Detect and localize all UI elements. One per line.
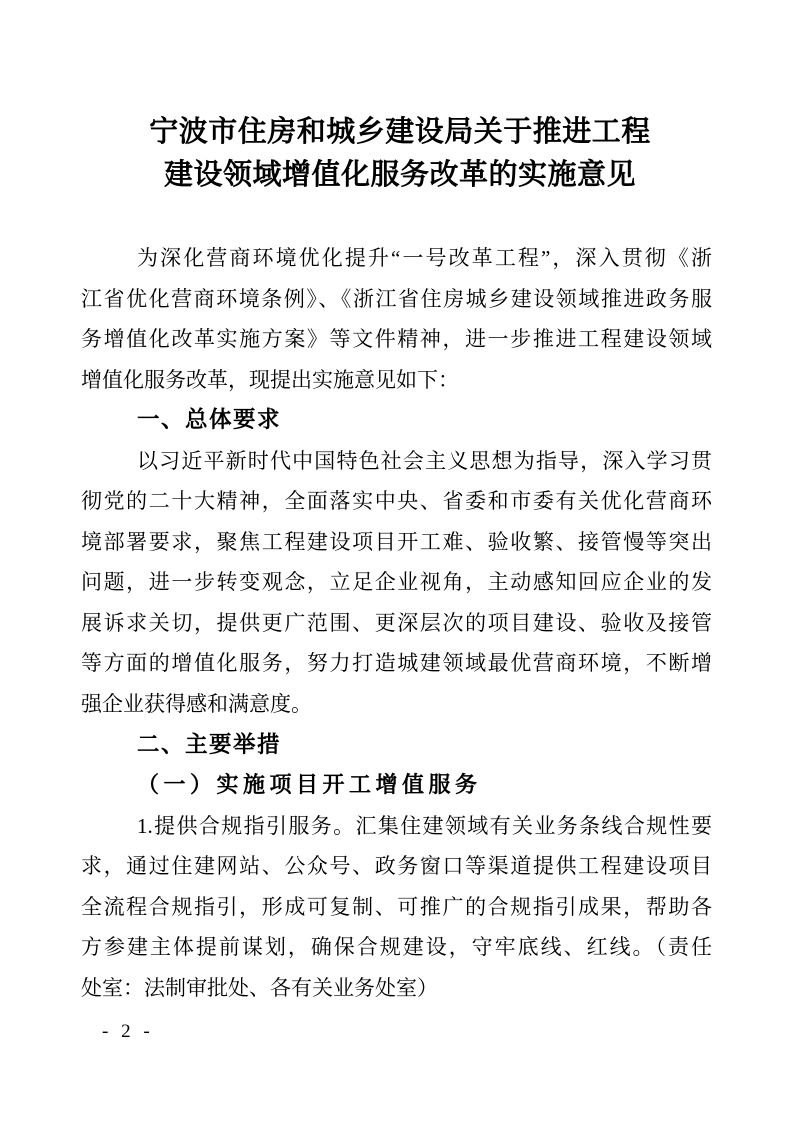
page-number: - 2 - (102, 1021, 154, 1043)
body-text-line: 全流程合规指引，形成可复制、可推广的合规指引成果，帮助各 (81, 887, 712, 928)
body-text-line: 彻党的二十大精神，全面落实中央、省委和市委有关优化营商环 (81, 481, 712, 522)
body-text-line: 增值化服务改革，现提出实施意见如下： (81, 360, 712, 401)
document-body: 为深化营商环境优化提升“一号改革工程”，深入贯彻《浙江省优化营商环境条例》、《浙… (81, 238, 712, 1008)
body-text-line: 展诉求关切，提供更广范围、更深层次的项目建设、验收及接管 (81, 603, 712, 644)
body-text-line: 1.提供合规指引服务。汇集住建领域有关业务条线合规性要 (81, 806, 712, 847)
body-text-line: 为深化营商环境优化提升“一号改革工程”，深入贯彻《浙 (81, 238, 712, 279)
section-heading: 一、总体要求 (81, 400, 712, 441)
sub-section-heading: （一）实施项目开工增值服务 (81, 765, 712, 806)
body-text-line: 等方面的增值化服务，努力打造城建领域最优营商环境，不断增 (81, 643, 712, 684)
document-title-line-2: 建设领域增值化服务改革的实施意见 (0, 154, 800, 197)
body-text-line: 求，通过住建网站、公众号、政务窗口等渠道提供工程建设项目 (81, 846, 712, 887)
document-title: 宁波市住房和城乡建设局关于推进工程 建设领域增值化服务改革的实施意见 (0, 111, 800, 197)
document-page: 宁波市住房和城乡建设局关于推进工程 建设领域增值化服务改革的实施意见 为深化营商… (0, 0, 800, 1131)
body-text-line: 处室：法制审批处、各有关业务处室） (81, 968, 712, 1009)
body-text-line: 方参建主体提前谋划，确保合规建设，守牢底线、红线。（责任 (81, 927, 712, 968)
body-text-line: 务增值化改革实施方案》等文件精神，进一步推进工程建设领域 (81, 319, 712, 360)
body-text-line: 境部署要求，聚焦工程建设项目开工难、验收繁、接管慢等突出 (81, 522, 712, 563)
document-title-line-1: 宁波市住房和城乡建设局关于推进工程 (0, 111, 800, 154)
section-heading: 二、主要举措 (81, 725, 712, 766)
body-text-line: 问题，进一步转变观念，立足企业视角，主动感知回应企业的发 (81, 562, 712, 603)
body-text-line: 强企业获得感和满意度。 (81, 684, 712, 725)
body-text-line: 江省优化营商环境条例》、《浙江省住房城乡建设领域推进政务服 (81, 279, 712, 320)
body-text-line: 以习近平新时代中国特色社会主义思想为指导，深入学习贯 (81, 441, 712, 482)
